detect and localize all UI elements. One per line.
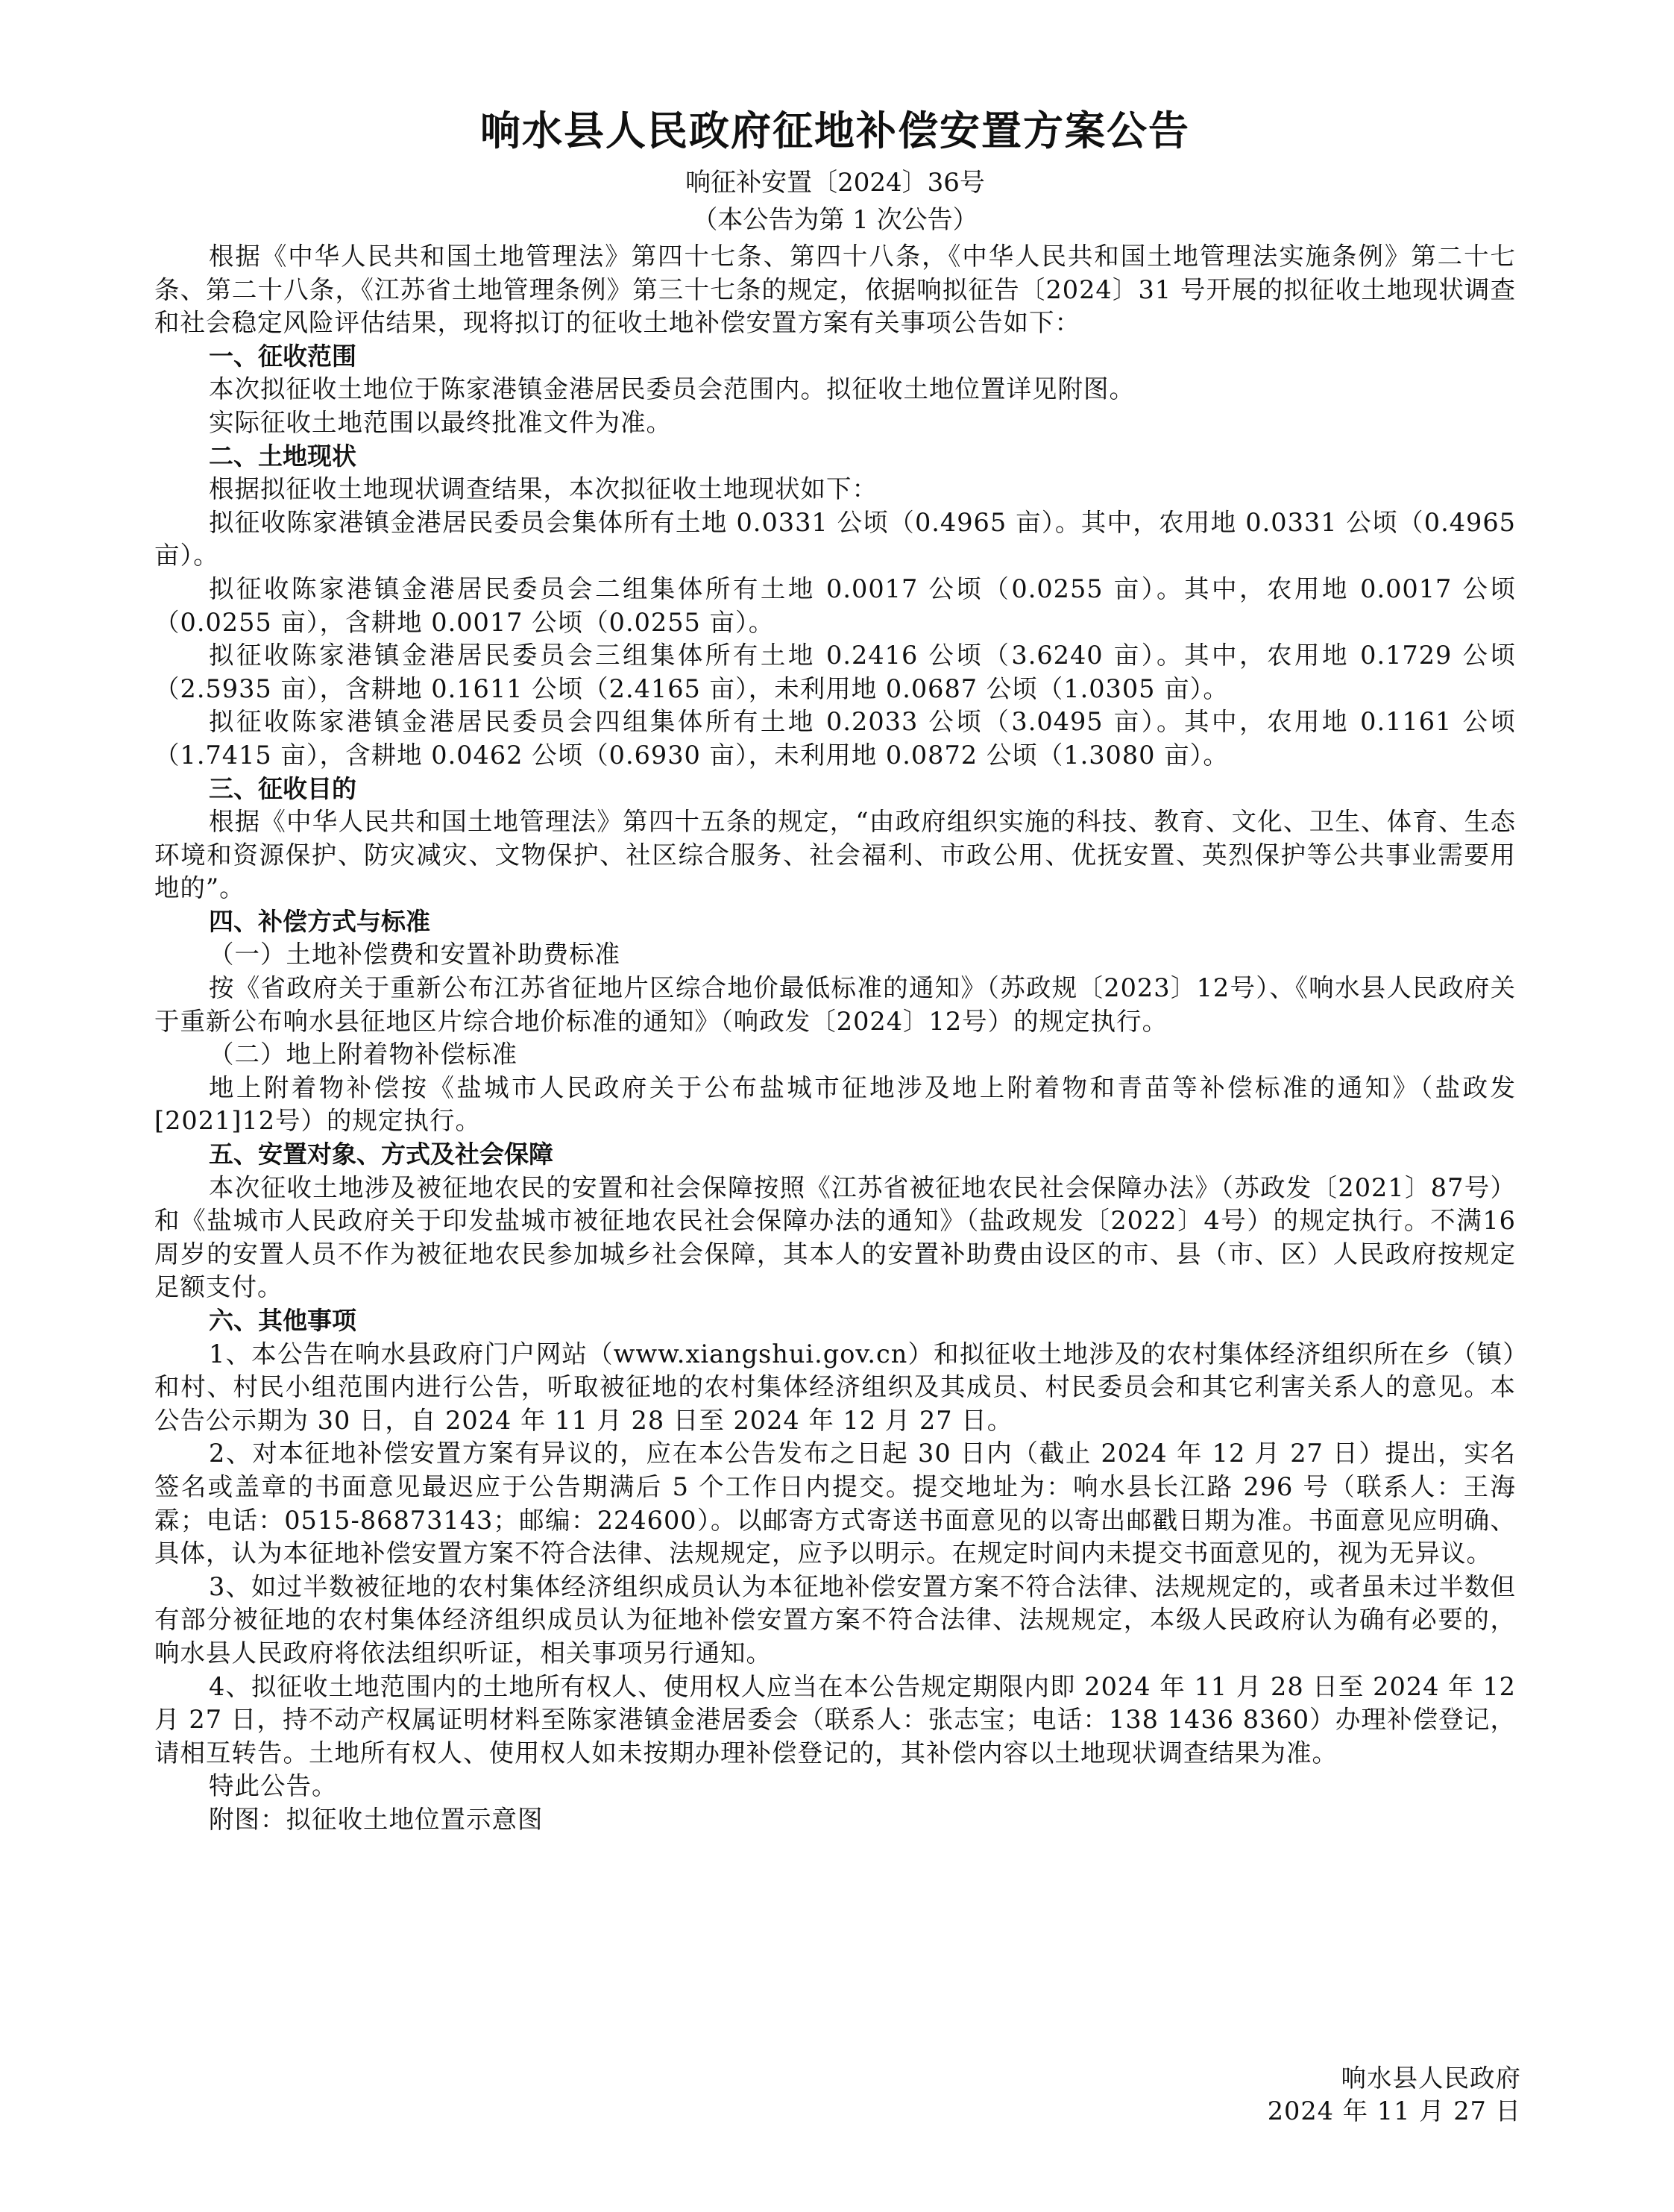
document-number: 响征补安置〔2024〕36号 (154, 164, 1516, 201)
document-page: 响水县人民政府征地补偿安置方案公告 响征补安置〔2024〕36号 （本公告为第 … (154, 104, 1516, 1837)
section-heading: 二、土地现状 (154, 440, 1516, 474)
paragraph: 拟征收陈家港镇金港居民委员会四组集体所有土地 0.2033 公顷（3.0495 … (154, 706, 1516, 772)
notice-count: （本公告为第 1 次公告） (154, 201, 1516, 239)
signature-block: 响水县人民政府 2024 年 11 月 27 日 (1268, 2062, 1521, 2128)
issue-date: 2024 年 11 月 27 日 (1268, 2095, 1521, 2128)
subheading: （二）地上附着物补偿标准 (154, 1038, 1516, 1072)
paragraph: 地上附着物补偿按《盐城市人民政府关于公布盐城市征地涉及地上附着物和青苗等补偿标准… (154, 1072, 1516, 1138)
subheading: （一）土地补偿费和安置补助费标准 (154, 938, 1516, 972)
section-purpose: 三、征收目的 根据《中华人民共和国土地管理法》第四十五条的规定，“由政府组织实施… (154, 773, 1516, 905)
paragraph: 2、对本征地补偿安置方案有异议的，应在本公告发布之日起 30 日内（截止 202… (154, 1437, 1516, 1570)
paragraph: 1、本公告在响水县政府门户网站（www.xiangshui.gov.cn）和拟征… (154, 1338, 1516, 1438)
intro-paragraph: 根据《中华人民共和国土地管理法》第四十七条、第四十八条，《中华人民共和国土地管理… (154, 240, 1516, 340)
section-compensation: 四、补偿方式与标准 （一）土地补偿费和安置补助费标准 按《省政府关于重新公布江苏… (154, 905, 1516, 1138)
paragraph: 根据拟征收土地现状调查结果，本次拟征收土地现状如下： (154, 473, 1516, 506)
paragraph: 根据《中华人民共和国土地管理法》第四十五条的规定，“由政府组织实施的科技、教育、… (154, 805, 1516, 905)
attachment-note: 附图：拟征收土地位置示意图 (154, 1803, 1516, 1837)
section-heading: 一、征收范围 (154, 340, 1516, 374)
paragraph: 拟征收陈家港镇金港居民委员会二组集体所有土地 0.0017 公顷（0.0255 … (154, 573, 1516, 639)
section-heading: 六、其他事项 (154, 1304, 1516, 1338)
paragraph: 3、如过半数被征地的农村集体经济组织成员认为本征地补偿安置方案不符合法律、法规规… (154, 1571, 1516, 1671)
paragraph: 拟征收陈家港镇金港居民委员会集体所有土地 0.0331 公顷（0.4965 亩）… (154, 506, 1516, 573)
section-other-matters: 六、其他事项 1、本公告在响水县政府门户网站（www.xiangshui.gov… (154, 1304, 1516, 1837)
paragraph: 按《省政府关于重新公布江苏省征地片区综合地价最低标准的通知》（苏政规〔2023〕… (154, 972, 1516, 1038)
paragraph: 实际征收土地范围以最终批准文件为准。 (154, 406, 1516, 440)
closing-text: 特此公告。 (154, 1770, 1516, 1803)
document-title: 响水县人民政府征地补偿安置方案公告 (154, 104, 1516, 158)
section-heading: 四、补偿方式与标准 (154, 905, 1516, 939)
section-resettlement: 五、安置对象、方式及社会保障 本次征收土地涉及被征地农民的安置和社会保障按照《江… (154, 1138, 1516, 1304)
section-land-status: 二、土地现状 根据拟征收土地现状调查结果，本次拟征收土地现状如下： 拟征收陈家港… (154, 440, 1516, 773)
paragraph: 4、拟征收土地范围内的土地所有权人、使用权人应当在本公告规定期限内即 2024 … (154, 1671, 1516, 1770)
paragraph: 本次拟征收土地位于陈家港镇金港居民委员会范围内。拟征收土地位置详见附图。 (154, 373, 1516, 406)
issuer-name: 响水县人民政府 (1268, 2062, 1521, 2095)
paragraph: 拟征收陈家港镇金港居民委员会三组集体所有土地 0.2416 公顷（3.6240 … (154, 639, 1516, 706)
section-heading: 五、安置对象、方式及社会保障 (154, 1138, 1516, 1172)
paragraph: 本次征收土地涉及被征地农民的安置和社会保障按照《江苏省被征地农民社会保障办法》（… (154, 1172, 1516, 1304)
section-scope: 一、征收范围 本次拟征收土地位于陈家港镇金港居民委员会范围内。拟征收土地位置详见… (154, 340, 1516, 440)
section-heading: 三、征收目的 (154, 773, 1516, 806)
